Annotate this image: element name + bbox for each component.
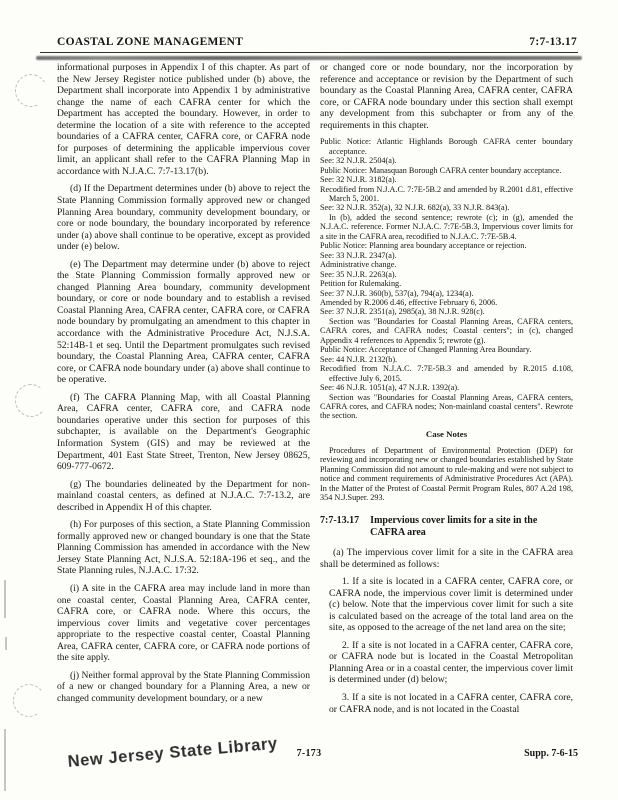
citation: See: 32 N.J.R. 2504(a). xyxy=(320,156,573,165)
numbered-item-2: 2. If a site is not located in a CAFRA c… xyxy=(329,640,573,686)
paragraph-h: (h) For purposes of this section, a Stat… xyxy=(57,519,310,577)
citation: Public Notice: Acceptance of Changed Pla… xyxy=(320,345,573,354)
header-section-number: 7:7-13.17 xyxy=(529,36,577,48)
header-rule xyxy=(40,52,578,53)
paragraph-d: (d) If the Department determines under (… xyxy=(57,183,310,252)
section-number: 7:7-13.17 xyxy=(320,515,359,539)
scan-edge-mark xyxy=(4,580,6,618)
numbered-item-1: 1. If a site is located in a CAFRA cente… xyxy=(329,576,573,634)
citation: Public Notice: Manasquan Borough CAFRA c… xyxy=(320,166,573,175)
citation: See: 44 N.J.R. 2132(b). xyxy=(320,355,573,364)
header-title: COASTAL ZONE MANAGEMENT xyxy=(57,36,243,48)
citation: See: 32 N.J.R. 3182(a). xyxy=(320,175,573,184)
citation: See: 32 N.J.R. 352(a), 32 N.J.R. 682(a),… xyxy=(320,203,573,212)
citation: See: 46 N.J.R. 1051(a), 47 N.J.R. 1392(a… xyxy=(320,383,573,392)
citation: Administrative change. xyxy=(320,260,573,269)
citation: Amended by R.2006 d.46, effective Februa… xyxy=(320,298,573,307)
case-note: Procedures of Department of Environmenta… xyxy=(320,446,573,503)
citation: See: 33 N.J.R. 2347(a). xyxy=(320,251,573,260)
binder-ring-mark xyxy=(11,682,46,718)
section-heading: 7:7-13.17Impervious cover limits for a s… xyxy=(320,515,573,539)
paragraph-continuation: informational purposes in Appendix I of … xyxy=(57,62,310,177)
citation: Recodified from N.J.A.C. 7:7E-5B.3 and a… xyxy=(320,364,573,383)
supplement-label: Supp. 7-6-15 xyxy=(524,748,578,759)
header-smudge-line xyxy=(36,56,582,60)
citation: See: 37 N.J.R. 360(b), 537(a), 794(a), 1… xyxy=(320,289,573,298)
paragraph-i: (i) A site in the CAFRA area may include… xyxy=(57,583,310,664)
paragraph-g: (g) The boundaries delineated by the Dep… xyxy=(57,479,310,514)
citation: Petition for Rulemaking. xyxy=(320,279,573,288)
numbered-item-3: 3. If a site is not located in a CAFRA c… xyxy=(329,692,573,715)
paragraph-continuation: or changed core or node boundary, nor th… xyxy=(320,62,573,131)
citation-note: Section was "Boundaries for Coastal Plan… xyxy=(320,317,573,345)
left-column: informational purposes in Appendix I of … xyxy=(57,62,310,745)
scan-edge-mark xyxy=(5,637,7,650)
page-header: COASTAL ZONE MANAGEMENT 7:7-13.17 xyxy=(57,36,577,48)
citation: See: 37 N.J.R. 2351(a), 2985(a), 38 N.J.… xyxy=(320,307,573,316)
citation: See: 35 N.J.R. 2263(a). xyxy=(320,270,573,279)
binder-ring-mark xyxy=(13,382,49,419)
citation-note: In (b), added the second sentence; rewro… xyxy=(320,213,573,241)
case-notes-heading: Case Notes xyxy=(320,429,573,439)
section-title: Impervious cover limits for a site in th… xyxy=(370,515,573,539)
citation: Recodified from N.J.A.C. 7:7E-5B.2 and a… xyxy=(320,185,573,204)
citation: Public Notice: Atlantic Highlands Boroug… xyxy=(320,137,573,156)
document-page: COASTAL ZONE MANAGEMENT 7:7-13.17 inform… xyxy=(0,0,618,800)
right-column: or changed core or node boundary, nor th… xyxy=(320,62,573,745)
citation: Public Notice: Planning area boundary ac… xyxy=(320,241,573,250)
paragraph-j: (j) Neither formal approval by the State… xyxy=(57,670,310,705)
paragraph-e: (e) The Department may determine under (… xyxy=(57,259,310,386)
citation-note: Section was "Boundaries for Coastal Plan… xyxy=(320,393,573,421)
binder-ring-mark xyxy=(11,71,50,111)
scan-edge-mark xyxy=(4,729,6,791)
paragraph-f: (f) The CAFRA Planning Map, with all Coa… xyxy=(57,392,310,473)
paragraph-a: (a) The impervious cover limit for a sit… xyxy=(320,547,573,570)
